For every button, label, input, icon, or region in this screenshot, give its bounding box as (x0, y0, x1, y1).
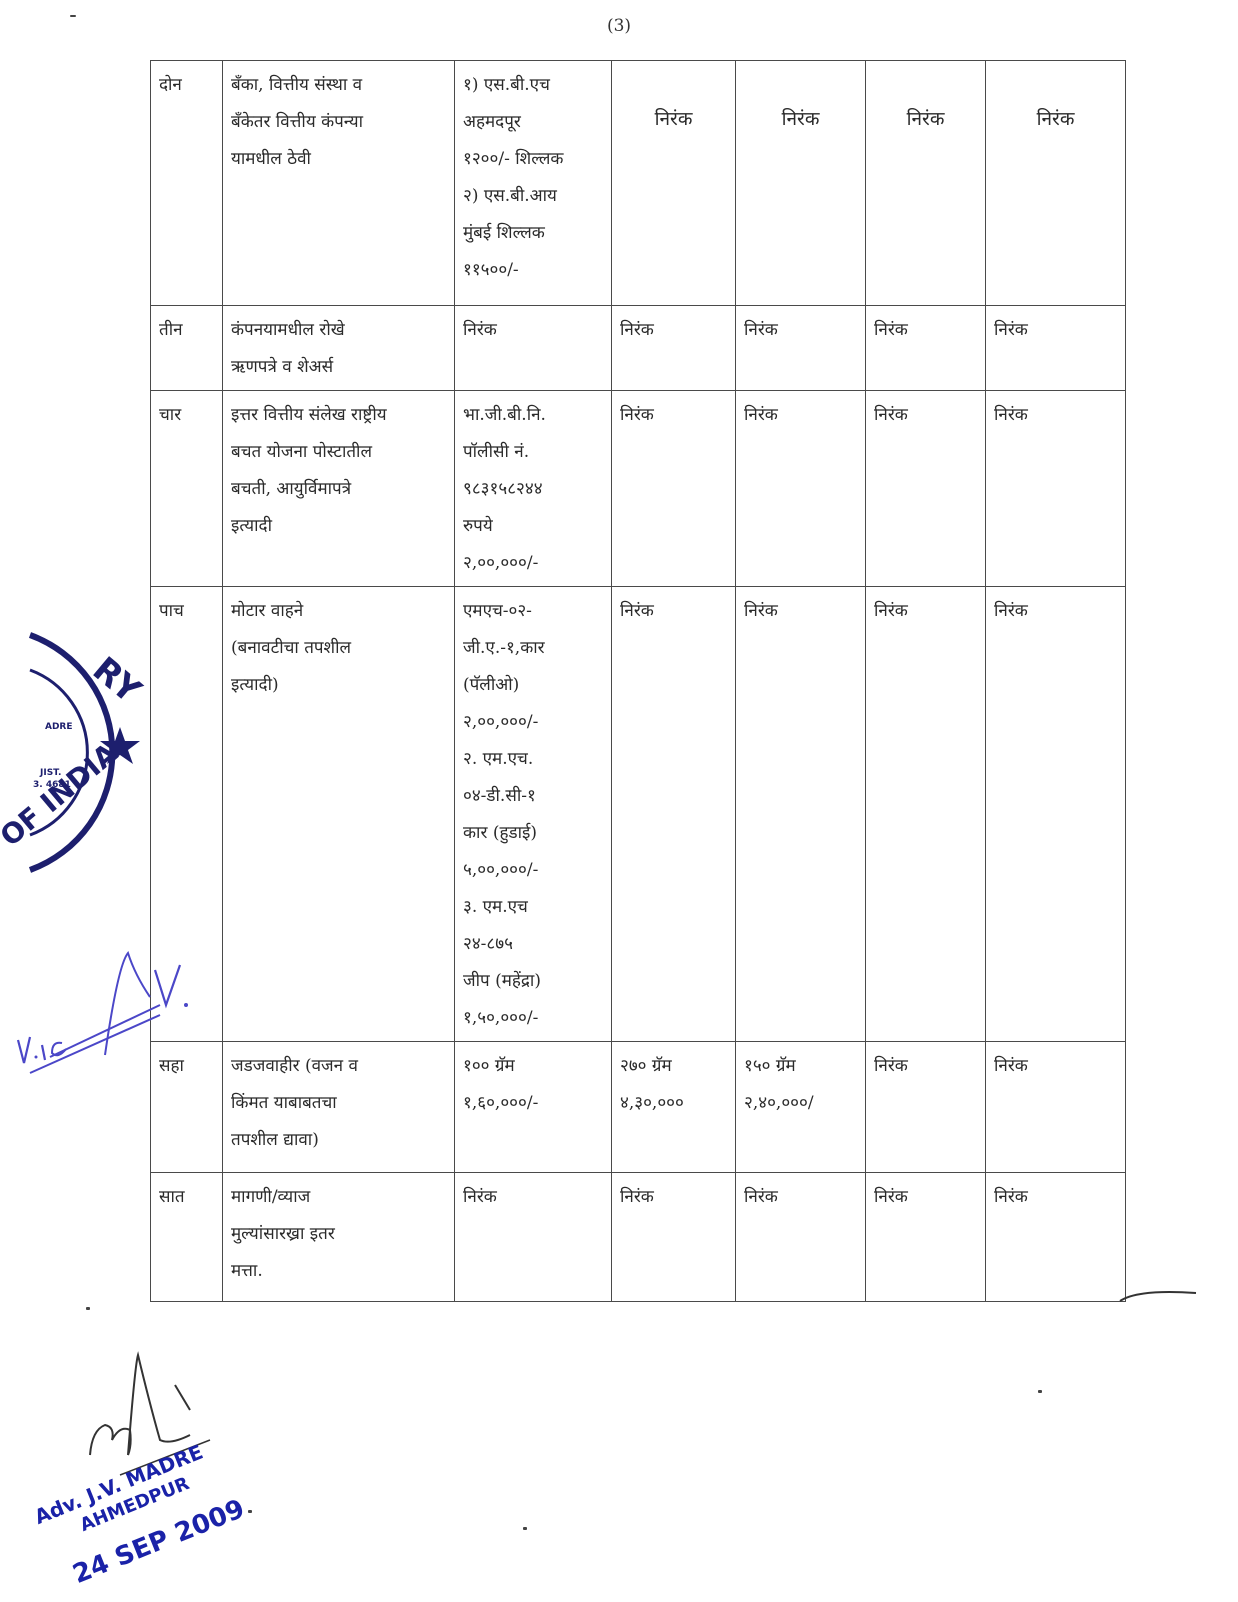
initials-signature-icon (10, 945, 190, 1075)
seal-inner-line: 3. 4681 (33, 780, 71, 790)
text-line: रुपये (463, 508, 603, 545)
text-line: ऋणपत्रे व शेअर्स (231, 349, 446, 386)
table-row: चार इत्तर वित्तीय संलेख राष्ट्रीय बचत यो… (151, 391, 1126, 587)
cell-nil: निरंक (866, 1042, 986, 1173)
cell-nil: निरंक (986, 1173, 1126, 1302)
margin-pen-stroke-icon (1118, 1285, 1198, 1305)
cell-nil: निरंक (612, 391, 736, 587)
text-line: (पॅलीओ) (463, 667, 603, 704)
text-line: अहमदपूर (463, 104, 603, 141)
row-number: सात (151, 1173, 223, 1302)
text-line: भा.जी.बी.नि. (463, 397, 603, 434)
cell-nil: निरंक (736, 1173, 866, 1302)
text-line: मोटार वाहने (231, 593, 446, 630)
text-line: ०४-डी.सी-१ (463, 778, 603, 815)
text-line: ४,३०,००० (620, 1085, 727, 1122)
text-line: बँका, वित्तीय संस्था व (231, 67, 446, 104)
row-number: चार (151, 391, 223, 587)
cell-nil: निरंक (866, 391, 986, 587)
asset-description: मोटार वाहने (बनावटीचा तपशील इत्यादी) (223, 587, 455, 1042)
stray-mark (70, 15, 76, 17)
text-line: २,००,०००/- (463, 545, 603, 582)
asset-details: १०० ग्रॅम १,६०,०००/- (455, 1042, 612, 1173)
jewellery-cell: २७० ग्रॅम ४,३०,००० (612, 1042, 736, 1173)
text-line: जीप (महेंद्रा) (463, 963, 603, 1000)
text-line: २,००,०००/- (463, 704, 603, 741)
text-line: ५,००,०००/- (463, 852, 603, 889)
stray-mark (86, 1307, 90, 1310)
cell-nil: निरंक (866, 61, 986, 306)
text-line: १,५०,०००/- (463, 1000, 603, 1037)
seal-inner-line: JIST. (40, 768, 61, 778)
text-line: कंपनयामधील रोखे (231, 312, 446, 349)
asset-details: एमएच-०२- जी.ए.-१,कार (पॅलीओ) २,००,०००/- … (455, 587, 612, 1042)
asset-details: निरंक (455, 306, 612, 391)
asset-description: जडजवाहीर (वजन व किंमत याबाबतचा तपशील द्य… (223, 1042, 455, 1173)
cell-nil: निरंक (986, 391, 1126, 587)
text-line: १) एस.बी.एच (463, 67, 603, 104)
text-line: तपशील द्यावा) (231, 1122, 446, 1159)
cell-nil: निरंक (736, 306, 866, 391)
text-line: बचती, आयुर्विमापत्रे (231, 471, 446, 508)
text-line: २) एस.बी.आय (463, 178, 603, 215)
text-line: जडजवाहीर (वजन व (231, 1048, 446, 1085)
text-line: निरंक (463, 312, 603, 349)
asset-description: बँका, वित्तीय संस्था व बँकेतर वित्तीय कं… (223, 61, 455, 306)
cell-nil: निरंक (736, 61, 866, 306)
cell-nil: निरंक (612, 587, 736, 1042)
text-line: १०० ग्रॅम (463, 1048, 603, 1085)
cell-nil: निरंक (736, 391, 866, 587)
text-line: कार (हुडाई) (463, 815, 603, 852)
cell-nil: निरंक (866, 587, 986, 1042)
cell-nil: निरंक (612, 61, 736, 306)
text-line: १२००/- शिल्लक (463, 141, 603, 178)
asset-description: कंपनयामधील रोखे ऋणपत्रे व शेअर्स (223, 306, 455, 391)
row-number: तीन (151, 306, 223, 391)
asset-details: १) एस.बी.एच अहमदपूर १२००/- शिल्लक २) एस.… (455, 61, 612, 306)
text-line: मुल्यांसारख्रा इतर (231, 1216, 446, 1253)
text-line: पॉलीसी नं. (463, 434, 603, 471)
text-line: इत्यादी) (231, 667, 446, 704)
text-line: बचत योजना पोस्टातील (231, 434, 446, 471)
cell-nil: निरंक (986, 306, 1126, 391)
text-line: मुंबई शिल्लक (463, 215, 603, 252)
table-row: तीन कंपनयामधील रोखे ऋणपत्रे व शेअर्स निर… (151, 306, 1126, 391)
text-line: ९८३१५८२४४ (463, 471, 603, 508)
text-line: इत्तर वित्तीय संलेख राष्ट्रीय (231, 397, 446, 434)
asset-details: निरंक (455, 1173, 612, 1302)
cell-nil: निरंक (736, 587, 866, 1042)
cell-nil: निरंक (866, 1173, 986, 1302)
text-line: किंमत याबाबतचा (231, 1085, 446, 1122)
text-line: निरंक (463, 1179, 603, 1216)
text-line: (बनावटीचा तपशील (231, 630, 446, 667)
text-line: यामधील ठेवी (231, 141, 446, 178)
cell-nil: निरंक (986, 587, 1126, 1042)
asset-details: भा.जी.बी.नि. पॉलीसी नं. ९८३१५८२४४ रुपये … (455, 391, 612, 587)
table-row: पाच मोटार वाहने (बनावटीचा तपशील इत्यादी)… (151, 587, 1126, 1042)
table-row: दोन बँका, वित्तीय संस्था व बँकेतर वित्ती… (151, 61, 1126, 306)
text-line: १,६०,०००/- (463, 1085, 603, 1122)
jewellery-cell: १५० ग्रॅम २,४०,०००/ (736, 1042, 866, 1173)
text-line: २,४०,०००/ (744, 1085, 857, 1122)
text-line: २७० ग्रॅम (620, 1048, 727, 1085)
text-line: जी.ए.-१,कार (463, 630, 603, 667)
text-line: मागणी/व्याज (231, 1179, 446, 1216)
cell-nil: निरंक (612, 1173, 736, 1302)
text-line: बँकेतर वित्तीय कंपन्या (231, 104, 446, 141)
row-number: दोन (151, 61, 223, 306)
asset-description: मागणी/व्याज मुल्यांसारख्रा इतर मत्ता. (223, 1173, 455, 1302)
page-number: (3) (0, 16, 1238, 36)
text-line: इत्यादी (231, 508, 446, 545)
cell-nil: निरंक (866, 306, 986, 391)
text-line: एमएच-०२- (463, 593, 603, 630)
text-line: २. एम.एच. (463, 741, 603, 778)
text-line: २४-८७५ (463, 926, 603, 963)
text-line: ११५००/- (463, 252, 603, 289)
table-row: सात मागणी/व्याज मुल्यांसारख्रा इतर मत्ता… (151, 1173, 1126, 1302)
asset-description: इत्तर वित्तीय संलेख राष्ट्रीय बचत योजना … (223, 391, 455, 587)
cell-nil: निरंक (612, 306, 736, 391)
stray-mark (1038, 1390, 1042, 1393)
cell-nil: निरंक (986, 1042, 1126, 1173)
text-line: १५० ग्रॅम (744, 1048, 857, 1085)
text-line: ३. एम.एच (463, 889, 603, 926)
stray-mark (523, 1527, 527, 1530)
asset-declaration-table: दोन बँका, वित्तीय संस्था व बँकेतर वित्ती… (150, 60, 1126, 1302)
stray-mark (248, 1510, 252, 1513)
text-line: मत्ता. (231, 1253, 446, 1290)
table-row: सहा जडजवाहीर (वजन व किंमत याबाबतचा तपशील… (151, 1042, 1126, 1173)
cell-nil: निरंक (986, 61, 1126, 306)
seal-inner-line: ADRE (45, 722, 73, 732)
